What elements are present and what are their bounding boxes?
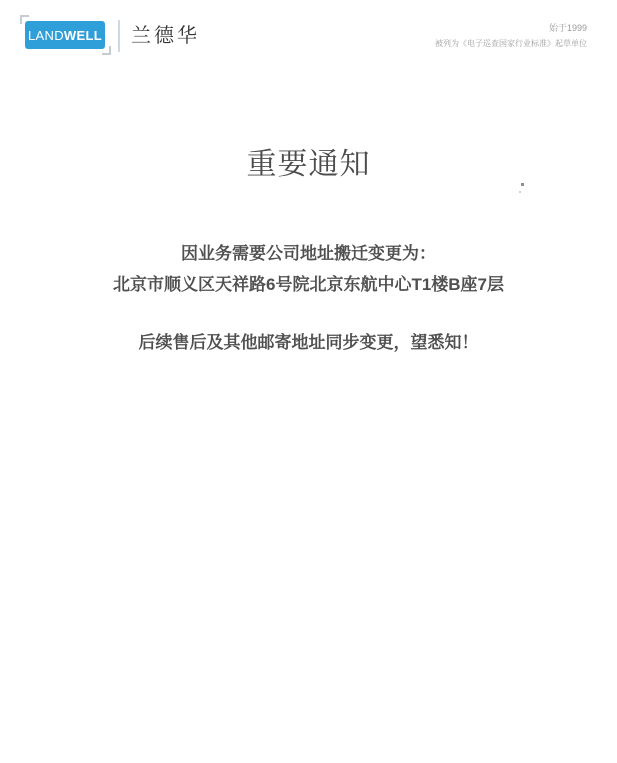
- slogan-standard-credential: 被列为《电子巡查国家行业标准》起草单位: [435, 39, 587, 49]
- slogan-since-year: 始于1999: [435, 23, 587, 34]
- notice-new-address-line: 北京市顺义区天祥路6号院北京东航中心T1楼B座7层: [0, 269, 617, 300]
- notice-body: 因业务需要公司地址搬迁变更为： 北京市顺义区天祥路6号院北京东航中心T1楼B座7…: [0, 238, 617, 358]
- notice-page: LANDWELL 兰德华 始于1999 被列为《电子巡查国家行业标准》起草单位 …: [0, 0, 617, 763]
- pixel-speck: [519, 191, 521, 193]
- pixel-speck: [521, 183, 524, 186]
- notice-followup-line: 后续售后及其他邮寄地址同步变更，望悉知！: [0, 327, 617, 358]
- logo-corner-bracket-bottomright-icon: [102, 46, 111, 55]
- logo-text-well: WELL: [64, 28, 102, 43]
- landwell-logo-box: LANDWELL: [25, 21, 105, 49]
- notice-reason-line: 因业务需要公司地址搬迁变更为：: [0, 238, 617, 269]
- header-slogan: 始于1999 被列为《电子巡查国家行业标准》起草单位: [435, 23, 587, 49]
- brand-name-chinese: 兰德华: [131, 23, 200, 49]
- notice-title: 重要通知: [0, 148, 617, 182]
- logo-text-land: LAND: [28, 28, 64, 43]
- header-divider: [118, 20, 120, 52]
